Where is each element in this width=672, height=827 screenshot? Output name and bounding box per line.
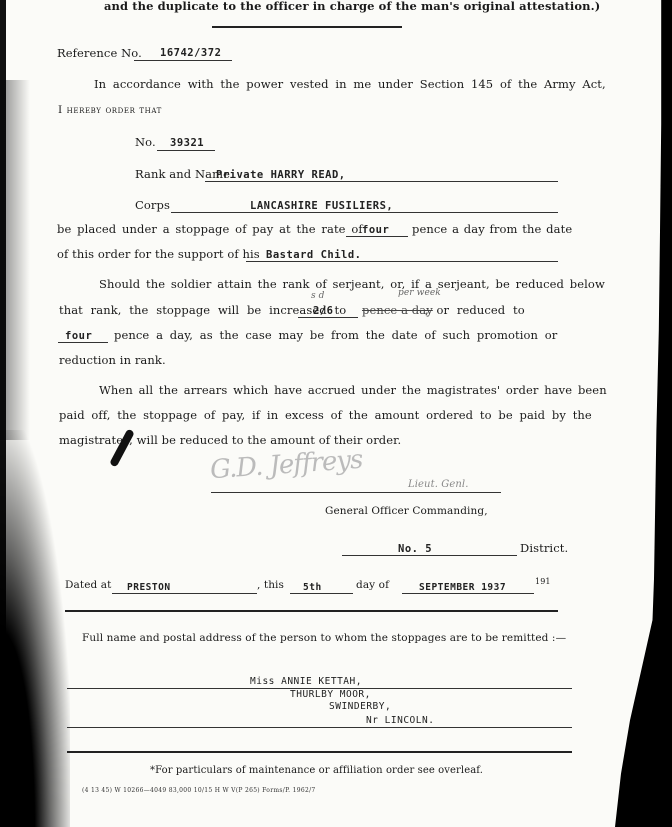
section-rule: [65, 610, 558, 612]
this-label: , this: [257, 579, 284, 591]
header-rule: [212, 26, 402, 28]
reference-label: Reference No.: [57, 46, 142, 60]
dated-at-value: PRESTON: [127, 582, 171, 593]
dated-at-label: Dated at: [65, 579, 111, 591]
corps-value: LANCASHIRE FUSILIERS,: [250, 200, 393, 212]
increased-value: 2/6: [313, 305, 333, 317]
stoppage-rate-underline: [346, 236, 408, 237]
month-year-underline: [402, 593, 534, 594]
serjeant-para-line1: Should the soldier attain the rank of se…: [99, 277, 605, 291]
serjeant-para-line3: pence a day, as the case may be from the…: [114, 328, 557, 342]
footnote: *For particulars of maintenance or affil…: [150, 765, 483, 776]
support-prefix: of this order for the support of his: [57, 247, 260, 261]
stoppage-rate: four: [362, 224, 389, 236]
address-line-street: THURLBY MOOR,: [290, 689, 371, 700]
header-text: and the duplicate to the officer in char…: [104, 0, 600, 13]
year-prefix-printed: 191: [535, 577, 551, 586]
number-label: No.: [135, 135, 156, 149]
handwritten-per-week: per week: [398, 288, 441, 298]
corps-label: Corps: [135, 198, 170, 212]
arrears-line2: paid off, the stoppage of pay, if in exc…: [59, 408, 592, 422]
scan-shadow-bottom-left: [0, 430, 70, 827]
address-line-3: [67, 751, 572, 753]
month-year-value: SEPTEMBER 1937: [419, 582, 506, 593]
address-line-name: Miss ANNIE KETTAH,: [250, 676, 362, 687]
stoppage-suffix: pence a day from the date: [412, 222, 572, 236]
support-underline: [246, 261, 558, 262]
reference-underline: [134, 60, 232, 61]
support-value: Bastard Child.: [266, 249, 362, 261]
serjeant-para-line2-prefix: that rank, the stoppage will be increase…: [59, 303, 346, 317]
reference-value: 16742/372: [160, 47, 221, 59]
handwritten-sd: s d: [311, 291, 325, 301]
print-code: (4 13 45) W 10266—4049 83,000 10/15 H W …: [82, 787, 316, 794]
day-of-label: day of: [356, 579, 389, 591]
number-value: 39321: [170, 137, 204, 149]
serjeant-para-line4: reduction in rank.: [59, 353, 166, 367]
signature-line: [211, 492, 501, 493]
rank-name-underline: [205, 181, 558, 182]
signature-title-handwritten: Lieut. Genl.: [408, 479, 469, 490]
dated-at-underline: [112, 593, 257, 594]
intro-text: In accordance with the power vested in m…: [94, 77, 606, 91]
district-value: No. 5: [398, 543, 432, 555]
address-line-city: Nr LINCOLN.: [366, 715, 434, 726]
day-value: 5th: [303, 582, 322, 593]
district-underline: [342, 555, 517, 556]
reduced-underline: [58, 342, 108, 343]
remit-label: Full name and postal address of the pers…: [82, 632, 566, 644]
corps-underline: [171, 212, 558, 213]
arrears-line1: When all the arrears which have accrued …: [99, 383, 607, 397]
address-line-2: [67, 727, 572, 728]
goc-label: General Officer Commanding,: [325, 505, 488, 517]
day-underline: [290, 593, 353, 594]
order-text: I hereby order that: [58, 104, 162, 116]
scan-shadow-left: [0, 80, 30, 440]
number-underline: [157, 150, 215, 151]
address-line-town: SWINDERBY,: [329, 701, 391, 712]
district-label: District.: [520, 541, 568, 555]
rank-name-value: Private HARRY READ,: [216, 169, 346, 181]
increased-underline: [298, 317, 358, 318]
serjeant-para-line2-suffix: , or reduced to: [425, 303, 525, 317]
stoppage-prefix: be placed under a stoppage of pay at the…: [57, 222, 363, 236]
struck-text: pence a day: [362, 303, 433, 317]
reduced-value: four: [65, 330, 92, 342]
